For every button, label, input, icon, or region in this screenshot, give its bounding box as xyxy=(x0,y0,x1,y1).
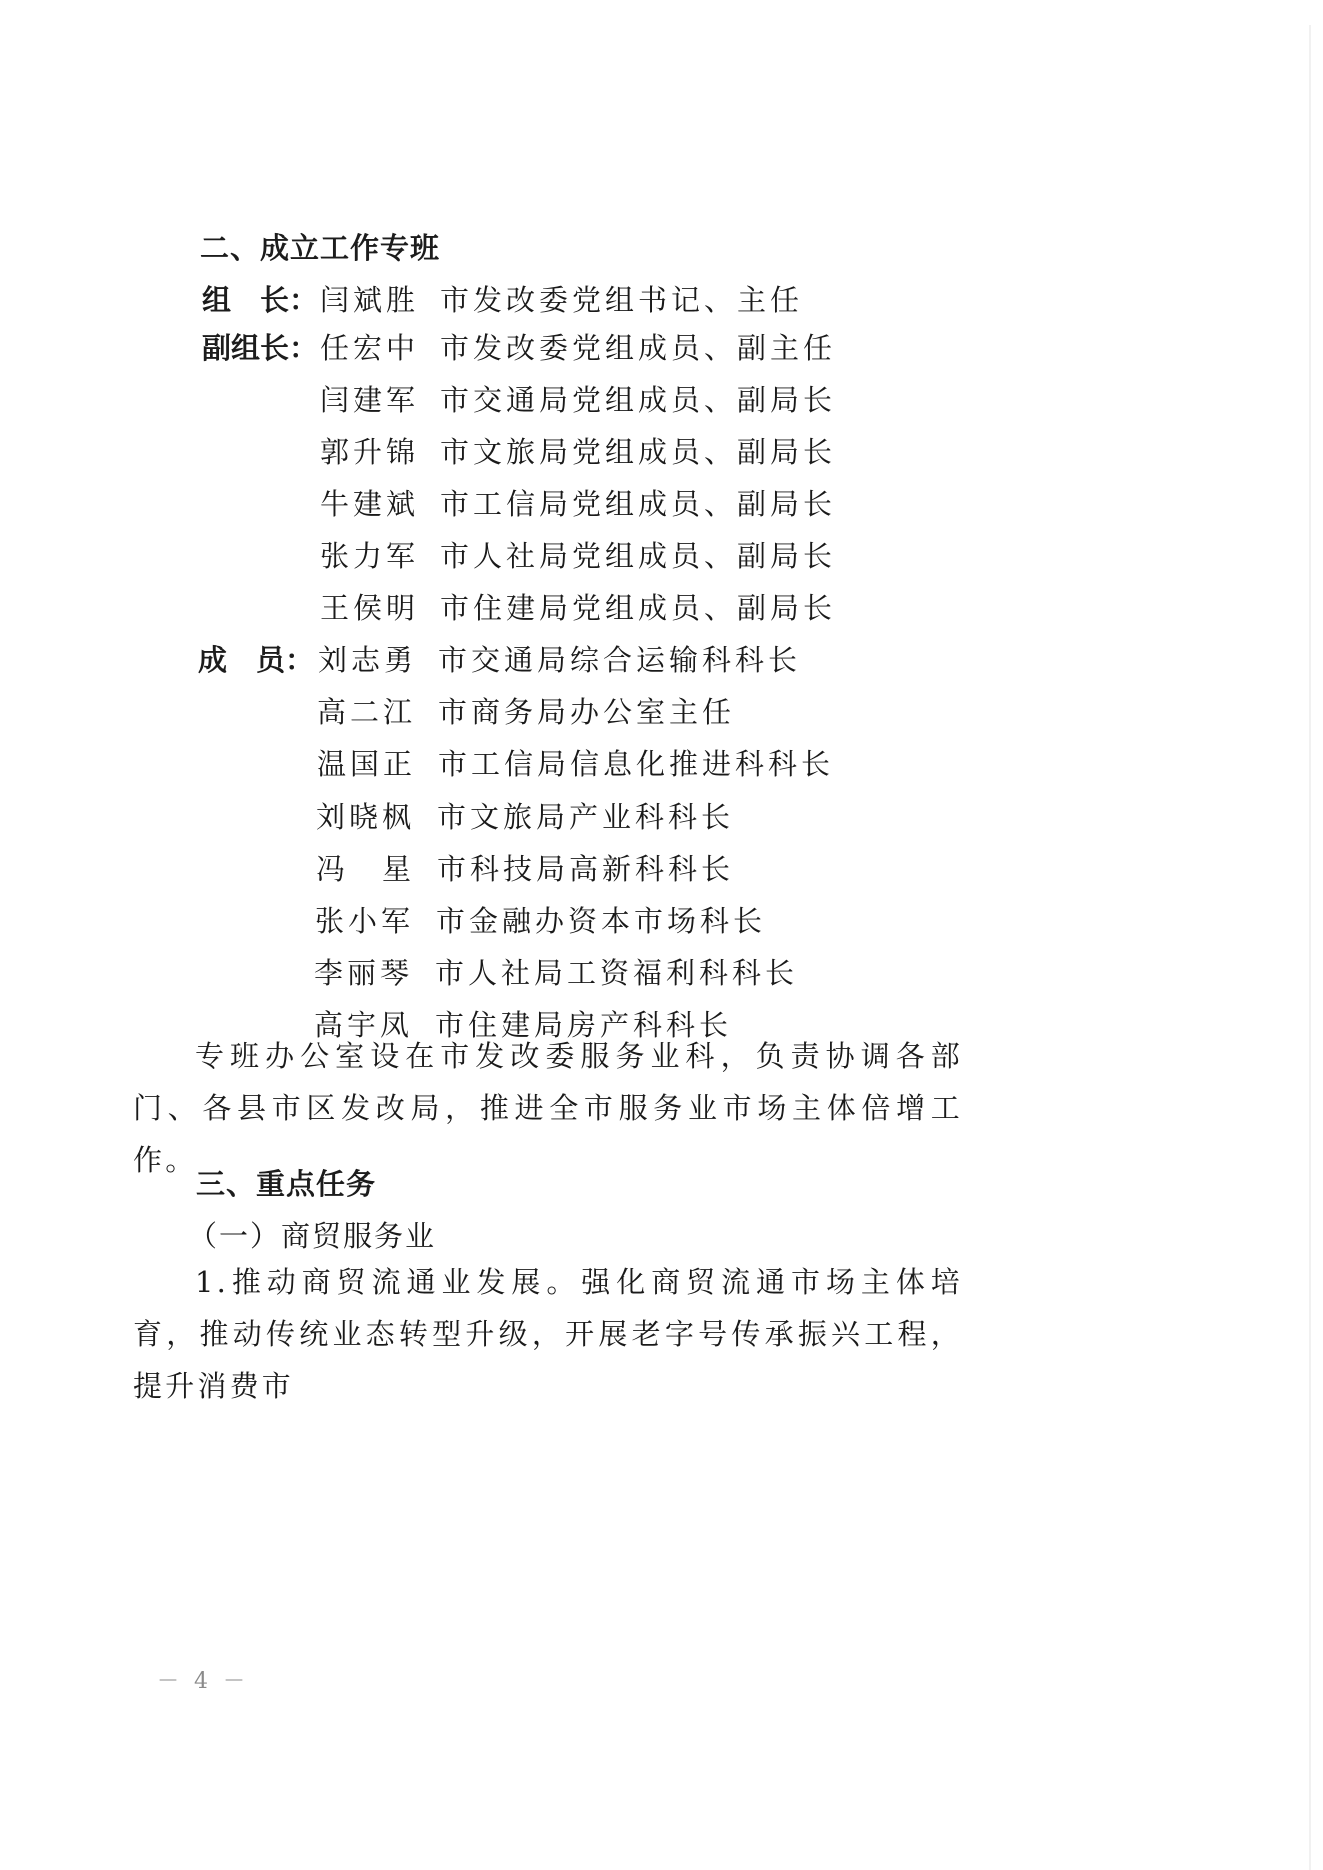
roster-position: 市发改委党组成员、副主任 xyxy=(440,326,836,367)
roster-name: 牛建斌 xyxy=(320,482,419,523)
roster-row: 张小军 市金融办资本市场科长 xyxy=(0,899,1323,939)
roster-name: 闫建军 xyxy=(320,378,419,419)
roster-row-deputy-leader: 副组长： 任宏中 市发改委党组成员、副主任 xyxy=(0,326,1323,366)
roster-name: 郭升锦 xyxy=(320,430,419,471)
roster-name: 闫斌胜 xyxy=(320,278,419,319)
roster-name: 任宏中 xyxy=(320,326,419,367)
task-item-paragraph: 1.推动商贸流通业发展。强化商贸流通市场主体培育，推动传统业态转型升级，开展老字… xyxy=(133,1256,963,1412)
roster-row: 王侯明 市住建局党组成员、副局长 xyxy=(0,586,1323,626)
roster-position: 市人社局党组成员、副局长 xyxy=(440,534,836,575)
roster-row: 郭升锦 市文旅局党组成员、副局长 xyxy=(0,430,1323,470)
roster-row-leader: 组 长： 闫斌胜 市发改委党组书记、主任 xyxy=(0,278,1323,318)
roster-name: 刘晓枫 xyxy=(316,795,415,836)
section-heading-establish-task-force: 二、成立工作专班 xyxy=(200,226,440,267)
roster-row: 高二江 市商务局办公室主任 xyxy=(0,690,1323,730)
roster-row: 温国正 市工信局信息化推进科科长 xyxy=(0,742,1323,782)
roster-position: 市发改委党组书记、主任 xyxy=(440,278,803,319)
roster-row: 张力军 市人社局党组成员、副局长 xyxy=(0,534,1323,574)
roster-name: 刘志勇 xyxy=(318,638,417,679)
roster-row: 闫建军 市交通局党组成员、副局长 xyxy=(0,378,1323,418)
roster-name: 冯 星 xyxy=(316,847,415,888)
roster-name: 李丽琴 xyxy=(314,951,413,992)
roster-row: 李丽琴 市人社局工资福利科科长 xyxy=(0,951,1323,991)
roster-row-members: 成 员： 刘志勇 市交通局综合运输科科长 xyxy=(0,638,1323,678)
roster-position: 市工信局党组成员、副局长 xyxy=(440,482,836,523)
roster-role-label: 副组长： xyxy=(202,326,320,367)
roster-position: 市文旅局党组成员、副局长 xyxy=(440,430,836,471)
roster-position: 市商务局办公室主任 xyxy=(438,690,735,731)
roster-name: 张小军 xyxy=(315,899,414,940)
roster-row: 冯 星 市科技局高新科科长 xyxy=(0,847,1323,887)
roster-name: 张力军 xyxy=(320,534,419,575)
roster-position: 市人社局工资福利科科长 xyxy=(435,951,798,992)
roster-row: 牛建斌 市工信局党组成员、副局长 xyxy=(0,482,1323,522)
roster-row: 刘晓枫 市文旅局产业科科长 xyxy=(0,795,1323,835)
roster-role-label: 组 长： xyxy=(202,278,320,319)
roster-position: 市科技局高新科科长 xyxy=(437,847,734,888)
section-heading-key-tasks: 三、重点任务 xyxy=(196,1162,376,1203)
roster-name: 温国正 xyxy=(317,742,416,783)
roster-role-label: 成 员： xyxy=(198,638,316,679)
roster-position: 市工信局信息化推进科科长 xyxy=(438,742,834,783)
subsection-heading-commerce: （一）商贸服务业 xyxy=(188,1214,436,1255)
page-number: － 4 － xyxy=(157,1664,249,1695)
roster-name: 王侯明 xyxy=(320,586,419,627)
roster-name: 高二江 xyxy=(317,690,416,731)
roster-position: 市交通局党组成员、副局长 xyxy=(440,378,836,419)
roster-position: 市金融办资本市场科长 xyxy=(436,899,766,940)
roster-position: 市住建局党组成员、副局长 xyxy=(440,586,836,627)
roster-position: 市交通局综合运输科科长 xyxy=(438,638,801,679)
roster-position: 市文旅局产业科科长 xyxy=(437,795,734,836)
